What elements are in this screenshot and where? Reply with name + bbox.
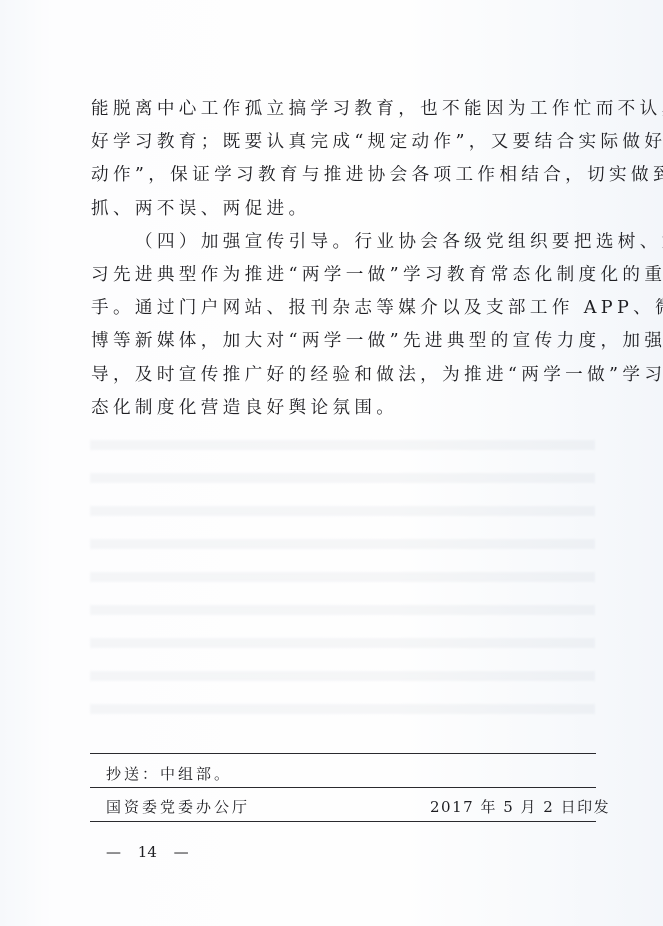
bleed-through-noise	[90, 420, 595, 730]
body-line: 能脱离中心工作孤立搞学习教育，也不能因为工作忙而不认真抓	[91, 93, 601, 126]
body-line: 手。通过门户网站、报刊杂志等媒介以及支部工作 APP、微信、微	[91, 292, 601, 325]
footer-rule-bottom	[90, 821, 596, 822]
body-line: 习先进典型作为推进“两学一做”学习教育常态化制度化的重要抓	[91, 259, 601, 292]
body-text: 能脱离中心工作孤立搞学习教育，也不能因为工作忙而不认真抓 好学习教育；既要认真完…	[91, 93, 601, 425]
body-line: 动作”，保证学习教育与推进协会各项工作相结合，切实做到两手	[91, 159, 601, 192]
page-number: — 14 —	[106, 843, 189, 861]
body-line: 博等新媒体，加大对“两学一做”先进典型的宣传力度，加强舆论引	[91, 325, 601, 358]
body-line: 好学习教育；既要认真完成“规定动作”，又要结合实际做好“自选	[91, 126, 601, 159]
cc-recipients: 抄送：中组部。	[106, 763, 232, 784]
issuer: 国资委党委办公厅	[106, 796, 250, 817]
section-heading-line: （四）加强宣传引导。行业协会各级党组织要把选树、宣传、学	[91, 226, 601, 259]
body-line: 态化制度化营造良好舆论氛围。	[91, 392, 601, 425]
page-number-dash-left: —	[106, 843, 121, 861]
footer-rule-middle	[90, 787, 596, 788]
issue-date: 2017 年 5 月 2 日印发	[430, 796, 610, 817]
page-number-value: 14	[138, 843, 157, 861]
page-number-dash-right: —	[174, 843, 189, 861]
body-line: 抓、两不误、两促进。	[91, 193, 601, 226]
document-page: 能脱离中心工作孤立搞学习教育，也不能因为工作忙而不认真抓 好学习教育；既要认真完…	[0, 0, 663, 926]
footer-rule-top	[90, 753, 596, 754]
body-line: 导，及时宣传推广好的经验和做法，为推进“两学一做”学习教育常	[91, 359, 601, 392]
